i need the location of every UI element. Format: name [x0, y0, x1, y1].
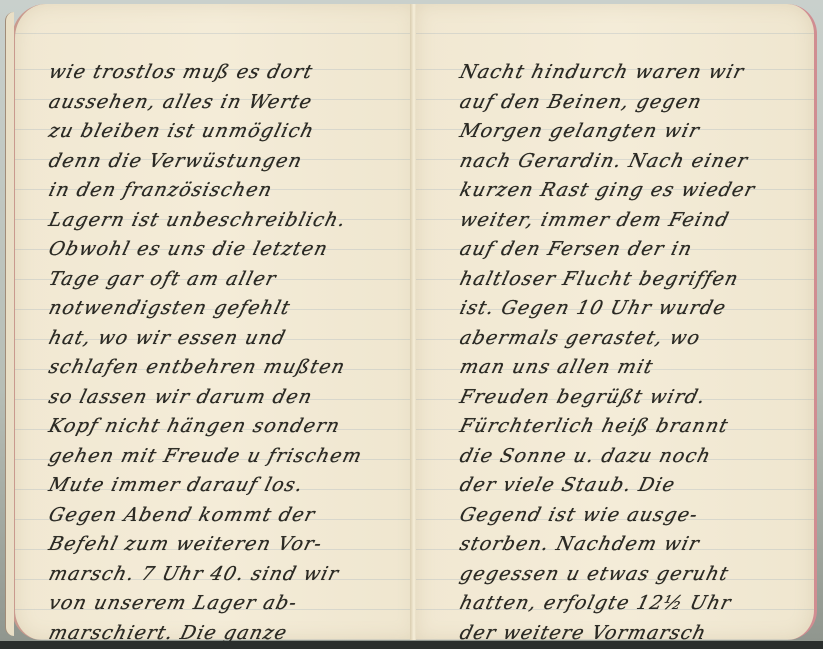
handwritten-line: Lagern ist unbeschreiblich. [45, 206, 420, 236]
handwritten-line: Kopf nicht hängen sondern [45, 412, 420, 442]
left-page-text: wie trostlos muß es dort aussehen, alles… [15, 58, 417, 648]
handwritten-line: der viele Staub. Die [456, 471, 817, 501]
handwritten-line: Mute immer darauf los. [45, 471, 420, 501]
handwritten-line: Freuden begrüßt wird. [456, 383, 817, 413]
right-page-text: Nacht hindurch waren wir auf den Beinen,… [416, 58, 814, 648]
handwritten-line: zu bleiben ist unmöglich [45, 117, 420, 147]
handwritten-line: hat, wo wir essen und [45, 324, 420, 354]
handwritten-line: haltloser Flucht begriffen [456, 265, 817, 295]
handwritten-line: kurzen Rast ging es wieder [456, 176, 817, 206]
handwritten-line: in den französischen [45, 176, 420, 206]
handwritten-line: gehen mit Freude u frischem [45, 442, 420, 472]
handwritten-line: Gegen Abend kommt der [45, 501, 420, 531]
handwritten-line: schlafen entbehren mußten [45, 353, 420, 383]
handwritten-line: so lassen wir darum den [45, 383, 420, 413]
handwritten-line: notwendigsten gefehlt [45, 294, 420, 324]
right-page: Nacht hindurch waren wir auf den Beinen,… [416, 4, 817, 640]
handwritten-line: Nacht hindurch waren wir [456, 58, 817, 88]
handwritten-line: Gegend ist wie ausge- [456, 501, 817, 531]
handwritten-line: gegessen u etwas geruht [456, 560, 817, 590]
handwritten-line: weiter, immer dem Feind [456, 206, 817, 236]
handwritten-line: auf den Beinen, gegen [456, 88, 817, 118]
handwritten-line: storben. Nachdem wir [456, 530, 817, 560]
handwritten-line: ist. Gegen 10 Uhr wurde [456, 294, 817, 324]
open-notebook: wie trostlos muß es dort aussehen, alles… [6, 4, 821, 644]
handwritten-line: abermals gerastet, wo [456, 324, 817, 354]
handwritten-line: nach Gerardin. Nach einer [456, 147, 817, 177]
handwritten-line: Obwohl es uns die letzten [45, 235, 420, 265]
photo-scene: wie trostlos muß es dort aussehen, alles… [0, 0, 823, 649]
handwritten-line: denn die Verwüstungen [45, 147, 420, 177]
handwritten-line: Fürchterlich heiß brannt [456, 412, 817, 442]
handwritten-line: die Sonne u. dazu noch [456, 442, 817, 472]
handwritten-line: aussehen, alles in Werte [45, 88, 420, 118]
handwritten-line: hatten, erfolgte 12½ Uhr [456, 589, 817, 619]
table-shadow [0, 641, 823, 649]
handwritten-line: marsch. 7 Uhr 40. sind wir [45, 560, 420, 590]
handwritten-line: von unserem Lager ab- [45, 589, 420, 619]
handwritten-line: Befehl zum weiteren Vor- [45, 530, 420, 560]
handwritten-line: wie trostlos muß es dort [45, 58, 420, 88]
handwritten-line: man uns allen mit [456, 353, 817, 383]
handwritten-line: auf den Fersen der in [456, 235, 817, 265]
left-page: wie trostlos muß es dort aussehen, alles… [12, 4, 417, 640]
handwritten-line: Tage gar oft am aller [45, 265, 420, 295]
handwritten-line: Morgen gelangten wir [456, 117, 817, 147]
